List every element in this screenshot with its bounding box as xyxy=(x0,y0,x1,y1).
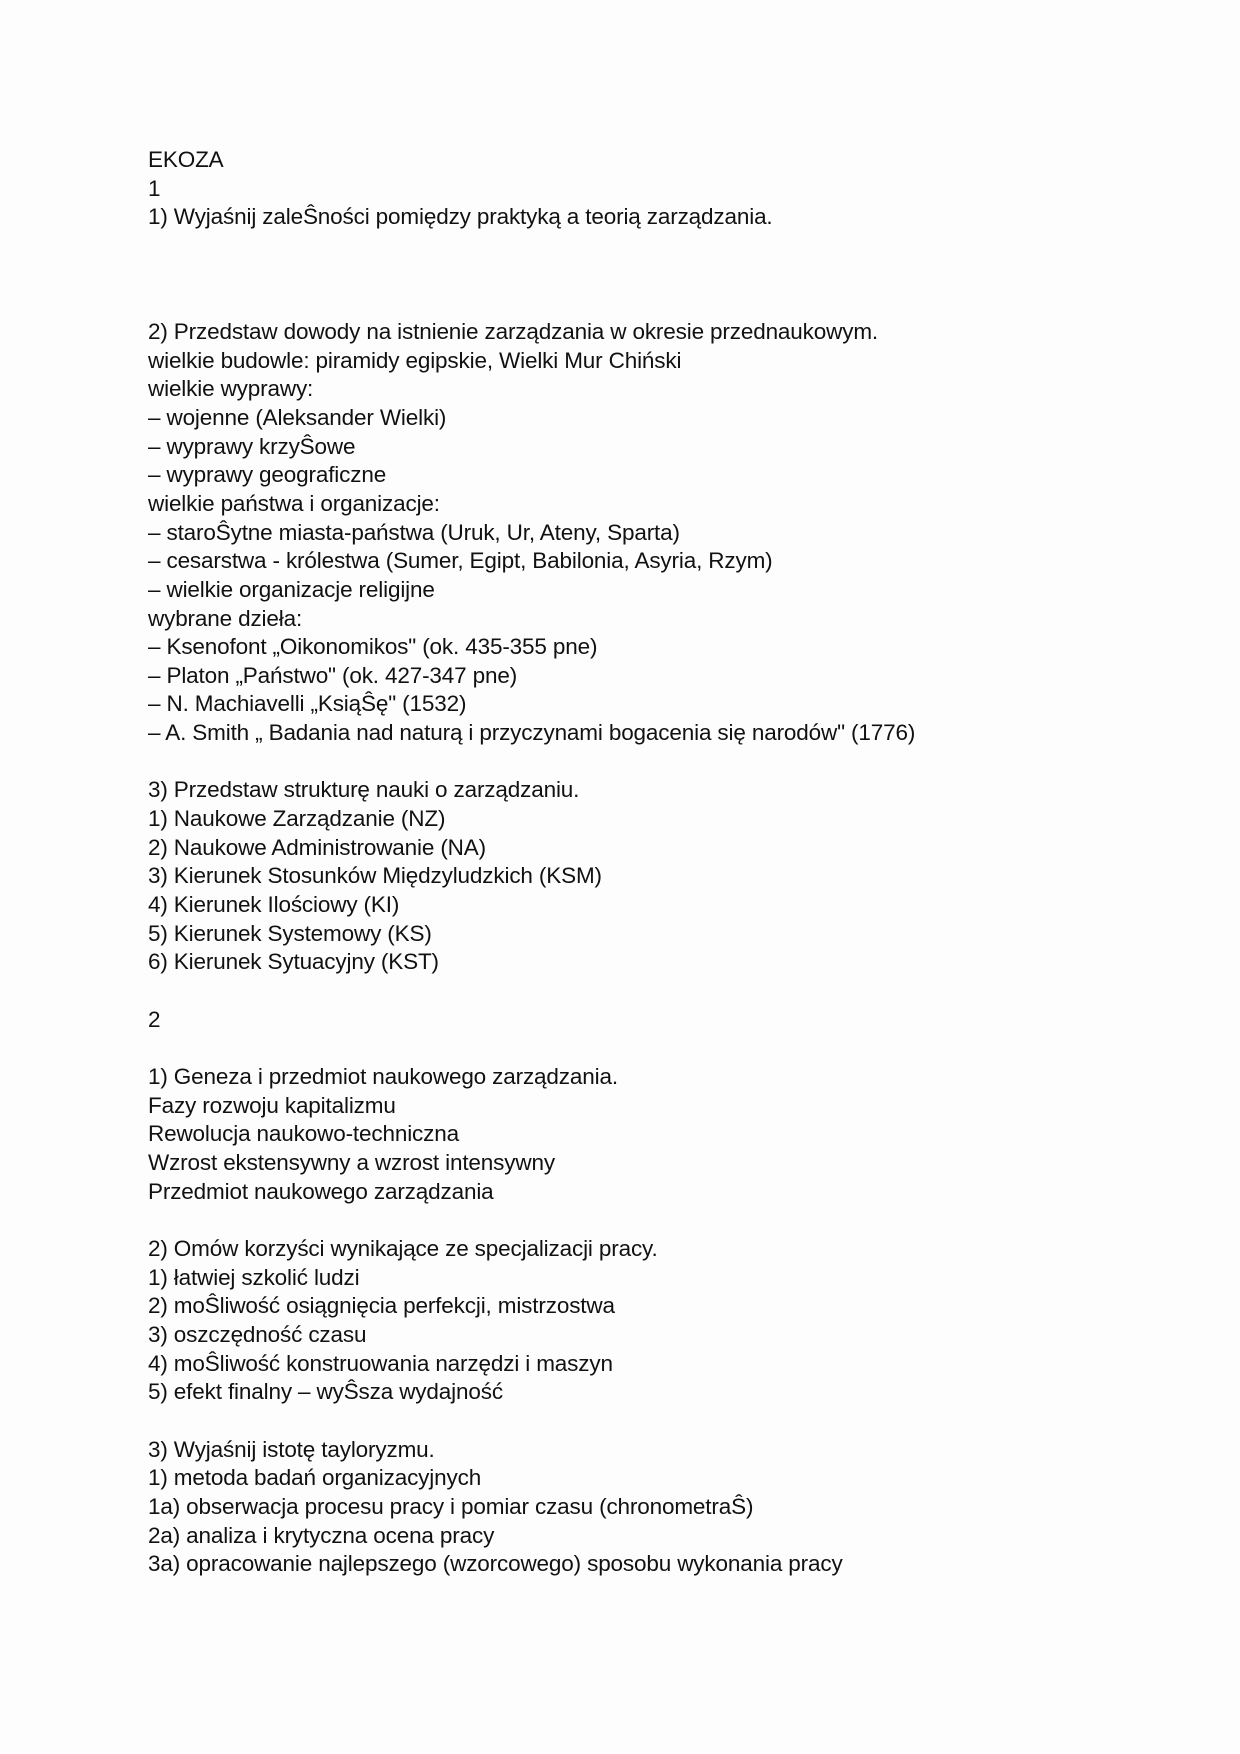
text-line: – wyprawy geograficzne xyxy=(148,461,1148,490)
text-line xyxy=(148,289,1148,318)
text-line: 3) Kierunek Stosunków Międzyludzkich (KS… xyxy=(148,862,1148,891)
text-line: wielkie państwa i organizacje: xyxy=(148,490,1148,519)
text-line: 3) oszczędność czasu xyxy=(148,1321,1148,1350)
text-line: – staroŜytne miasta-państwa (Uruk, Ur, A… xyxy=(148,519,1148,548)
document-page: EKOZA11) Wyjaśnij zaleŜności pomiędzy pr… xyxy=(148,146,1148,1579)
text-line: wybrane dzieła: xyxy=(148,605,1148,634)
text-line: Wzrost ekstensywny a wzrost intensywny xyxy=(148,1149,1148,1178)
text-line: 1) Naukowe Zarządzanie (NZ) xyxy=(148,805,1148,834)
text-line: 4) moŜliwość konstruowania narzędzi i ma… xyxy=(148,1350,1148,1379)
text-line: 2) Przedstaw dowody na istnienie zarządz… xyxy=(148,318,1148,347)
text-line: Rewolucja naukowo-techniczna xyxy=(148,1120,1148,1149)
text-line xyxy=(148,748,1148,777)
text-line: – wielkie organizacje religijne xyxy=(148,576,1148,605)
text-line: – cesarstwa - królestwa (Sumer, Egipt, B… xyxy=(148,547,1148,576)
text-line: – wojenne (Aleksander Wielki) xyxy=(148,404,1148,433)
text-line: 3) Przedstaw strukturę nauki o zarządzan… xyxy=(148,776,1148,805)
text-line: – Ksenofont „Oikonomikos" (ok. 435-355 p… xyxy=(148,633,1148,662)
text-line: Przedmiot naukowego zarządzania xyxy=(148,1178,1148,1207)
text-line: 2a) analiza i krytyczna ocena pracy xyxy=(148,1522,1148,1551)
text-line: 3a) opracowanie najlepszego (wzorcowego)… xyxy=(148,1550,1148,1579)
text-line xyxy=(148,977,1148,1006)
text-line: 5) efekt finalny – wyŜsza wydajność xyxy=(148,1378,1148,1407)
text-line: 1) metoda badań organizacyjnych xyxy=(148,1464,1148,1493)
text-line: 1) Geneza i przedmiot naukowego zarządza… xyxy=(148,1063,1148,1092)
text-line: wielkie wyprawy: xyxy=(148,375,1148,404)
text-line: 3) Wyjaśnij istotę tayloryzmu. xyxy=(148,1436,1148,1465)
text-line: 2 xyxy=(148,1006,1148,1035)
document-body: EKOZA11) Wyjaśnij zaleŜności pomiędzy pr… xyxy=(148,146,1148,1579)
text-line xyxy=(148,261,1148,290)
text-line xyxy=(148,1206,1148,1235)
text-line xyxy=(148,1034,1148,1063)
text-line: 2) Naukowe Administrowanie (NA) xyxy=(148,834,1148,863)
text-line: 1a) obserwacja procesu pracy i pomiar cz… xyxy=(148,1493,1148,1522)
text-line: 1) Wyjaśnij zaleŜności pomiędzy praktyką… xyxy=(148,203,1148,232)
text-line xyxy=(148,1407,1148,1436)
text-line: – Platon „Państwo" (ok. 427-347 pne) xyxy=(148,662,1148,691)
text-line: 1 xyxy=(148,175,1148,204)
text-line: 1) łatwiej szkolić ludzi xyxy=(148,1264,1148,1293)
text-line: – N. Machiavelli „KsiąŜę" (1532) xyxy=(148,690,1148,719)
text-line: 4) Kierunek Ilościowy (KI) xyxy=(148,891,1148,920)
text-line xyxy=(148,232,1148,261)
text-line: 6) Kierunek Sytuacyjny (KST) xyxy=(148,948,1148,977)
text-line: 5) Kierunek Systemowy (KS) xyxy=(148,920,1148,949)
text-line: – wyprawy krzyŜowe xyxy=(148,433,1148,462)
text-line: Fazy rozwoju kapitalizmu xyxy=(148,1092,1148,1121)
text-line: – A. Smith „ Badania nad naturą i przycz… xyxy=(148,719,1148,748)
text-line: 2) moŜliwość osiągnięcia perfekcji, mist… xyxy=(148,1292,1148,1321)
text-line: 2) Omów korzyści wynikające ze specjaliz… xyxy=(148,1235,1148,1264)
text-line: wielkie budowle: piramidy egipskie, Wiel… xyxy=(148,347,1148,376)
document-title: EKOZA xyxy=(148,146,1148,175)
